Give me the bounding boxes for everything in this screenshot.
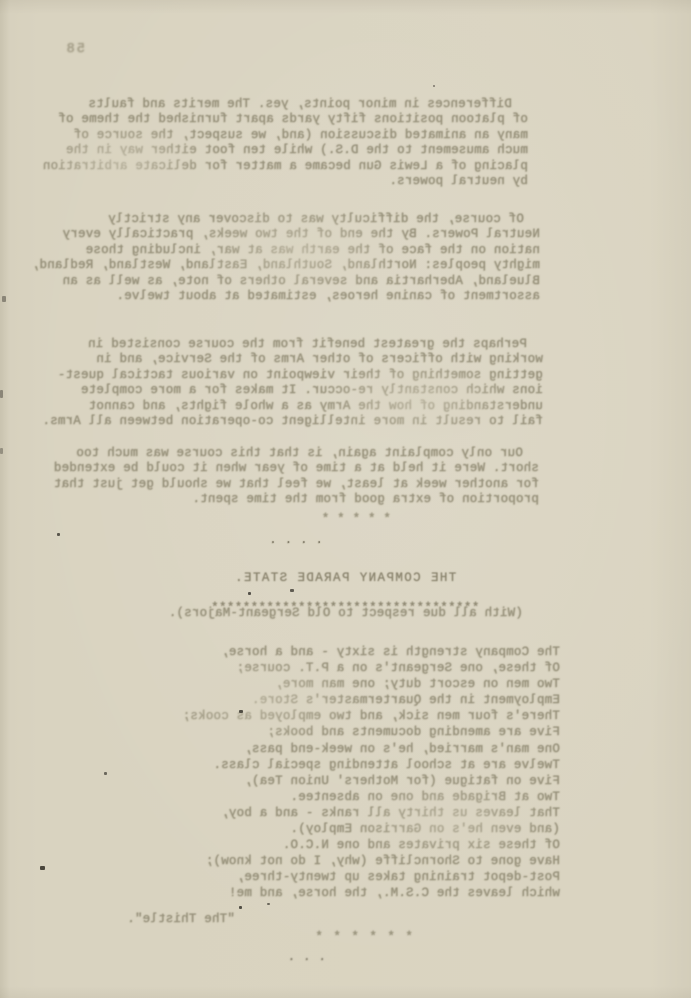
- ink-speck: [239, 710, 243, 713]
- ink-speck: [2, 296, 6, 302]
- subtitle: (With all due respect to Old Sergeant-Ma…: [169, 606, 523, 621]
- dots-separator-bottom: . . .: [287, 950, 326, 965]
- ink-speck: [40, 866, 45, 870]
- asterisk-separator-bottom: * * * * * *: [314, 930, 413, 945]
- ink-speck: [267, 903, 270, 905]
- ink-speck: [239, 906, 242, 909]
- body-paragraph-3: Perhaps the greatest benefit from the co…: [42, 337, 543, 429]
- body-paragraph-4: Our only complaint again, is that this c…: [54, 446, 539, 508]
- ink-speck: [57, 533, 60, 536]
- asterisk-separator-top: * * * * *: [322, 512, 391, 527]
- ink-speck: [433, 85, 435, 87]
- section-heading: THE COMPANY PARADE STATE.: [159, 571, 531, 586]
- ink-speck: [290, 589, 294, 592]
- page-number: 58: [65, 42, 85, 57]
- mirrored-showthrough-layer: 58 Differences in minor points, yes. The…: [0, 0, 691, 998]
- body-paragraph-2: Of course, the difficulty was to discove…: [32, 212, 540, 304]
- poem: The Company strength is sixty - and a ho…: [183, 644, 560, 902]
- dots-separator-top: . . . .: [269, 533, 323, 548]
- ink-speck: [0, 390, 3, 398]
- scanned-page: 58 Differences in minor points, yes. The…: [0, 0, 691, 998]
- ink-speck: [0, 448, 3, 454]
- signature: "The Thistle".: [127, 912, 235, 927]
- ink-speck: [248, 592, 251, 595]
- body-paragraph-1: Differences in minor points, yes. The me…: [43, 97, 528, 189]
- ink-speck: [104, 772, 107, 775]
